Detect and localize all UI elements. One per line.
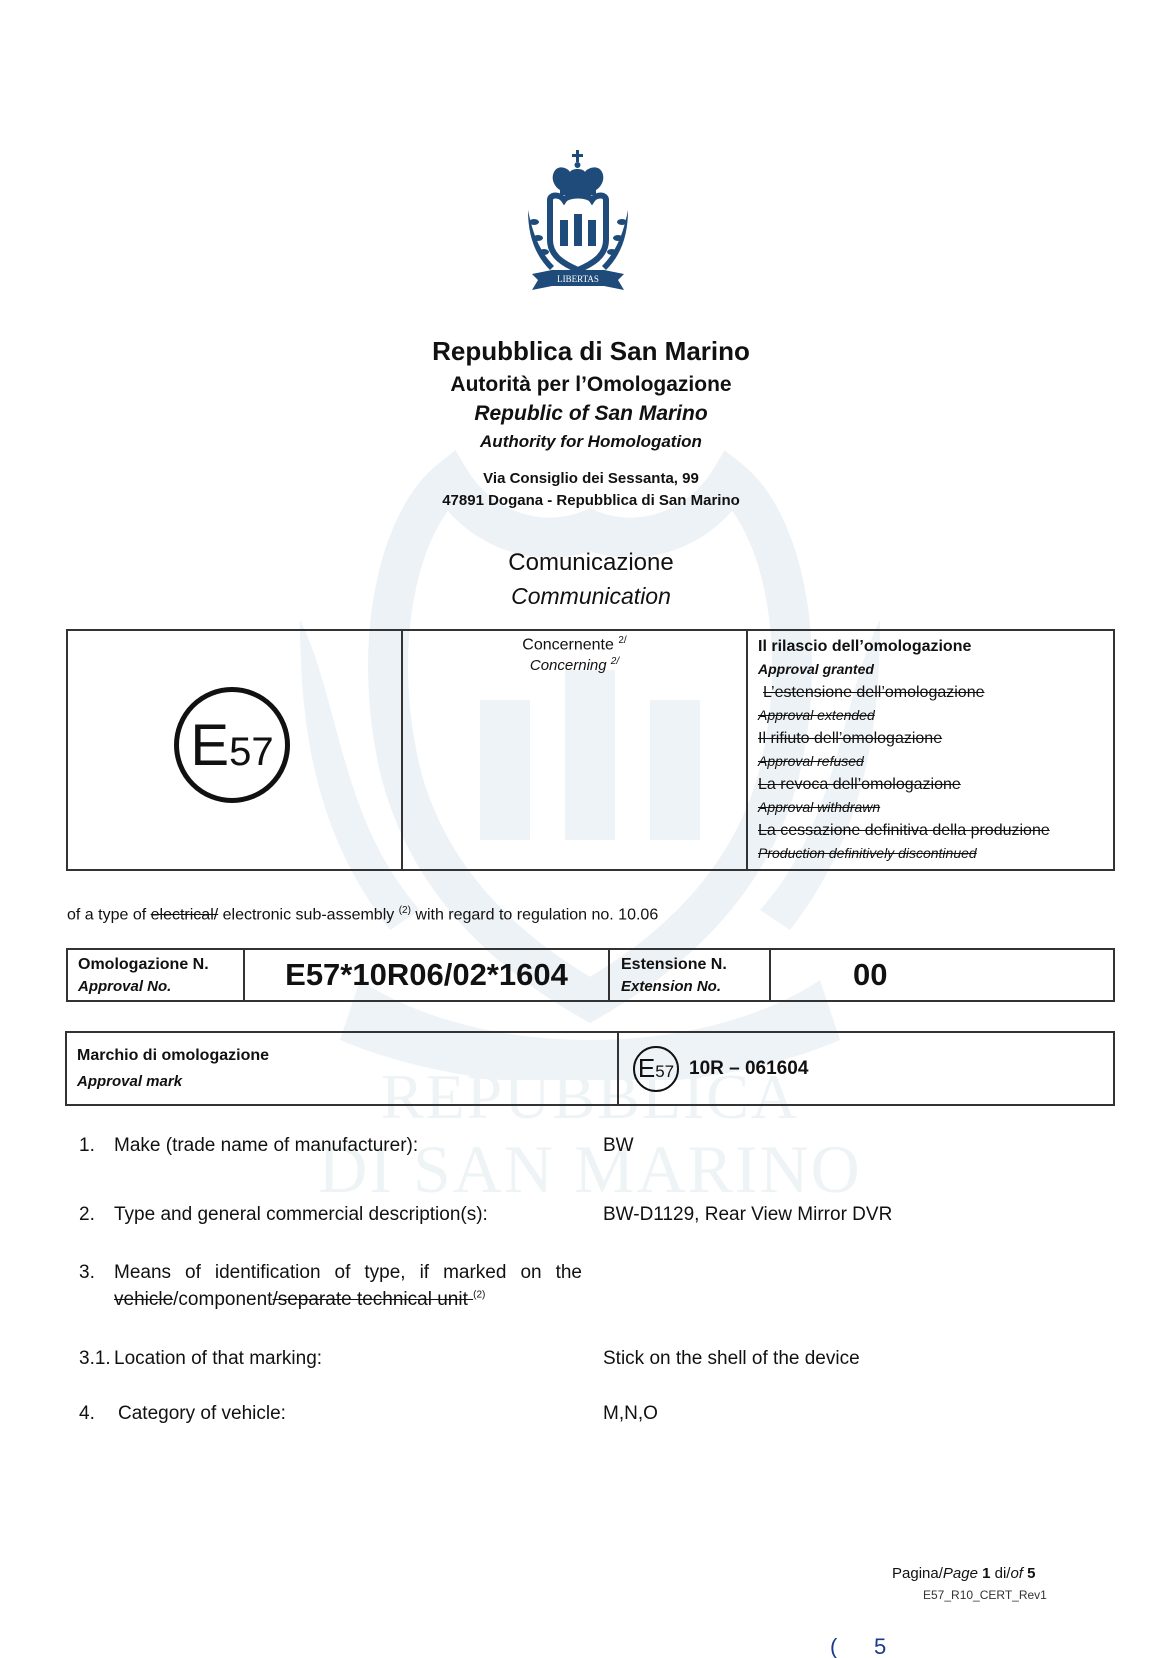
e57-small-mark-icon: E57 [633, 1046, 679, 1092]
concerning-en: Concerning 2/ [403, 656, 746, 674]
bottom-page-marker: ( 5 [830, 1634, 886, 1658]
status-extended-it: L’estensione dell’omologazione [758, 681, 1103, 704]
status-discontinued-it: La cessazione definitiva della produzion… [758, 819, 1103, 842]
e-mark-cell: E57 [67, 630, 402, 870]
status-granted-it: Il rilascio dell’omologazione [758, 635, 1103, 658]
approval-mark-code: 10R – 061604 [689, 1058, 808, 1079]
approval-mark-value-cell: E5710R – 061604 [618, 1032, 1114, 1105]
document-reference: E57_R10_CERT_Rev1 [923, 1588, 1047, 1602]
san-marino-logo: LIBERTAS [524, 150, 632, 292]
concerning-table: E57 Concernente 2/ Concerning 2/ Il rila… [66, 629, 1115, 871]
item-identification-line2: vehicle/component/separate technical uni… [114, 1289, 485, 1311]
status-granted-en: Approval granted [758, 658, 1103, 681]
approval-label-cell: Omologazione N. Approval No. [67, 949, 244, 1001]
extension-number: 00 [770, 949, 1114, 1001]
page-title: Repubblica di San Marino [0, 336, 1152, 367]
type-description-line: of a type of electrical/ electronic sub-… [67, 905, 658, 924]
status-extended-en: Approval extended [758, 704, 1103, 727]
status-withdrawn-it: La revoca dell’omologazione [758, 773, 1103, 796]
doc-type-en: Communication [0, 583, 1152, 610]
authority-en: Authority for Homologation [0, 432, 1152, 452]
approval-number: E57*10R06/02*1604 [244, 949, 609, 1001]
status-discontinued-en: Production definitively discontinued [758, 842, 1103, 865]
svg-text:LIBERTAS: LIBERTAS [557, 274, 599, 284]
address-line-1: Via Consiglio dei Sessanta, 99 [0, 470, 1152, 487]
doc-type-it: Comunicazione [0, 549, 1152, 577]
e57-mark-icon: E57 [174, 687, 290, 803]
approval-status-cell: Il rilascio dell’omologazione Approval g… [747, 630, 1114, 870]
approval-number-table: Omologazione N. Approval No. E57*10R06/0… [66, 948, 1115, 1002]
extension-label-cell: Estensione N. Extension No. [609, 949, 770, 1001]
concerning-it: Concernente 2/ [403, 635, 746, 654]
coat-of-arms-icon: LIBERTAS [524, 150, 632, 292]
concerning-cell: Concernente 2/ Concerning 2/ [402, 630, 747, 870]
page-number: Pagina/Page 1 di/of 5 [892, 1565, 1035, 1582]
title-en: Republic of San Marino [0, 402, 1152, 426]
approval-mark-table: Marchio di omologazione Approval mark E5… [65, 1031, 1115, 1106]
authority-it: Autorità per l’Omologazione [0, 373, 1152, 397]
status-refused-en: Approval refused [758, 750, 1103, 773]
status-refused-it: Il rifiuto dell’omologazione [758, 727, 1103, 750]
status-withdrawn-en: Approval withdrawn [758, 796, 1103, 819]
approval-mark-label-cell: Marchio di omologazione Approval mark [66, 1032, 618, 1105]
address-line-2: 47891 Dogana - Repubblica di San Marino [0, 492, 1152, 509]
